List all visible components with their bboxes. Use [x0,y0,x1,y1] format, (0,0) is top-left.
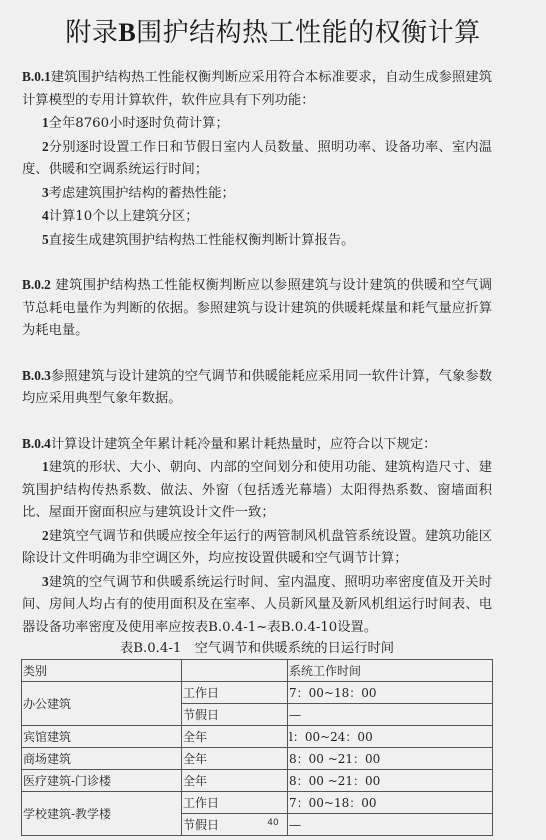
table-header-row: 类别 系统工作时间 [22,660,493,682]
document-body: B.0.1建筑围护结构热工性能权衡判断应采用符合本标准要求，自动生成参照建筑计算… [22,66,492,836]
period-cell: 全年 [182,726,288,748]
section-label: B.0.1 [22,69,51,84]
item-text: 分别逐时设置工作日和节假日室内人员数量、照明功率、设备功率、室内温度、供暖和空调… [22,140,492,178]
section-text: 建筑围护结构热工性能权衡判断应采用符合本标准要求，自动生成参照建筑计算模型的专用… [22,70,492,108]
spacer [22,252,492,274]
section-b04: B.0.4计算设计建筑全年累计耗冷量和累计耗热量时，应符合以下规定： [22,433,492,457]
list-item: 1全年8760小时逐时负荷计算； [22,112,492,136]
item-text: 建筑的形状、大小、朝向、内部的空间划分和使用功能、建筑构造尺寸、建筑围护结构传热… [22,460,492,520]
item-text: 计算10个以上建筑分区； [49,209,199,224]
category-cell: 宾馆建筑 [22,726,182,748]
table-caption: 表B.0.4-1 空气调节和供暖系统的日运行时间 [22,639,492,659]
section-label: B.0.3 [22,368,51,383]
item-text: 建筑的空气调节和供暖系统运行时间、室内温度、照明功率密度值及开关时间、房间人均占… [22,575,492,635]
spacer [22,411,492,433]
list-item: 2建筑空气调节和供暖应按全年运行的两管制风机盘管系统设置。建筑功能区除设计文件明… [22,525,492,571]
period-cell: 全年 [182,748,288,770]
section-b02: B.0.2 建筑围护结构热工性能权衡判断应以参照建筑与设计建筑的供暖和空气调节总… [22,274,492,343]
section-b01: B.0.1建筑围护结构热工性能权衡判断应采用符合本标准要求，自动生成参照建筑计算… [22,66,492,112]
category-cell: 医疗建筑-门诊楼 [22,770,182,792]
item-number: 2 [42,528,49,543]
item-number: 4 [42,208,49,223]
list-item: 5直接生成建筑围护结构热工性能权衡判断计算报告。 [22,229,492,253]
item-number: 2 [42,139,49,154]
item-number: 1 [42,115,49,130]
header-cell: 类别 [22,660,182,682]
item-text: 直接生成建筑围护结构热工性能权衡判断计算报告。 [49,233,355,248]
time-cell: l：00~24：00 [288,726,493,748]
period-cell: 工作日 [182,792,288,814]
item-text: 建筑空气调节和供暖应按全年运行的两管制风机盘管系统设置。建筑功能区除设计文件明确… [22,529,492,567]
list-item: 2分别逐时设置工作日和节假日室内人员数量、照明功率、设备功率、室内温度、供暖和空… [22,136,492,182]
time-cell: 8：00 ~21：00 [288,748,493,770]
table-row: 医疗建筑-门诊楼 全年 8：00 ~21：00 [22,770,493,792]
time-cell: 7：00~18：00 [288,682,493,704]
list-item: 3考虑建筑围护结构的蓄热性能； [22,182,492,206]
period-cell: 工作日 [182,682,288,704]
item-number: 5 [42,232,49,247]
page-title: 附录B围护结构热工性能的权衡计算 [0,12,546,49]
item-number: 3 [42,185,49,200]
item-text: 考虑建筑围护结构的蓄热性能； [49,186,235,201]
title-prefix: 附录 [65,18,118,48]
operation-time-table: 类别 系统工作时间 办公建筑 工作日 7：00~18：00 节假日 — 宾馆建筑… [21,659,493,836]
section-label: B.0.2 [22,277,51,292]
table-row: 学校建筑-教学楼 工作日 7：00~18：00 [22,792,493,814]
title-text: 围护结构热工性能的权衡计算 [136,18,481,48]
header-cell [182,660,288,682]
section-b03: B.0.3参照建筑与设计建筑的空气调节和供暖能耗应采用同一软件计算，气象参数均应… [22,365,492,411]
list-item: 1建筑的形状、大小、朝向、内部的空间划分和使用功能、建筑构造尺寸、建筑围护结构传… [22,456,492,525]
title-code: B [118,18,136,47]
section-text: 参照建筑与设计建筑的空气调节和供暖能耗应采用同一软件计算，气象参数均应采用典型气… [22,369,492,407]
item-text: 全年8760小时逐时负荷计算； [49,116,229,131]
section-text: 建筑围护结构热工性能权衡判断应以参照建筑与设计建筑的供暖和空气调节总耗电量作为判… [22,278,492,338]
table-row: 商场建筑 全年 8：00 ~21：00 [22,748,493,770]
header-cell: 系统工作时间 [288,660,493,682]
period-cell: 全年 [182,770,288,792]
time-cell: 7：00~18：00 [288,792,493,814]
page-number: 40 [0,818,546,828]
item-number: 1 [42,459,49,474]
table-row: 宾馆建筑 全年 l：00~24：00 [22,726,493,748]
category-cell: 办公建筑 [22,682,182,726]
list-item: 4计算10个以上建筑分区； [22,205,492,229]
period-cell: 节假日 [182,704,288,726]
time-cell: — [288,704,493,726]
table-row: 办公建筑 工作日 7：00~18：00 [22,682,493,704]
spacer [22,343,492,365]
item-number: 3 [42,574,49,589]
section-text: 计算设计建筑全年累计耗冷量和累计耗热量时，应符合以下规定： [51,437,437,452]
category-cell: 学校建筑-教学楼 [22,792,182,836]
time-cell: 8：00 ~21：00 [288,770,493,792]
list-item: 3建筑的空气调节和供暖系统运行时间、室内温度、照明功率密度值及开关时间、房间人均… [22,571,492,640]
category-cell: 商场建筑 [22,748,182,770]
section-label: B.0.4 [22,436,51,451]
